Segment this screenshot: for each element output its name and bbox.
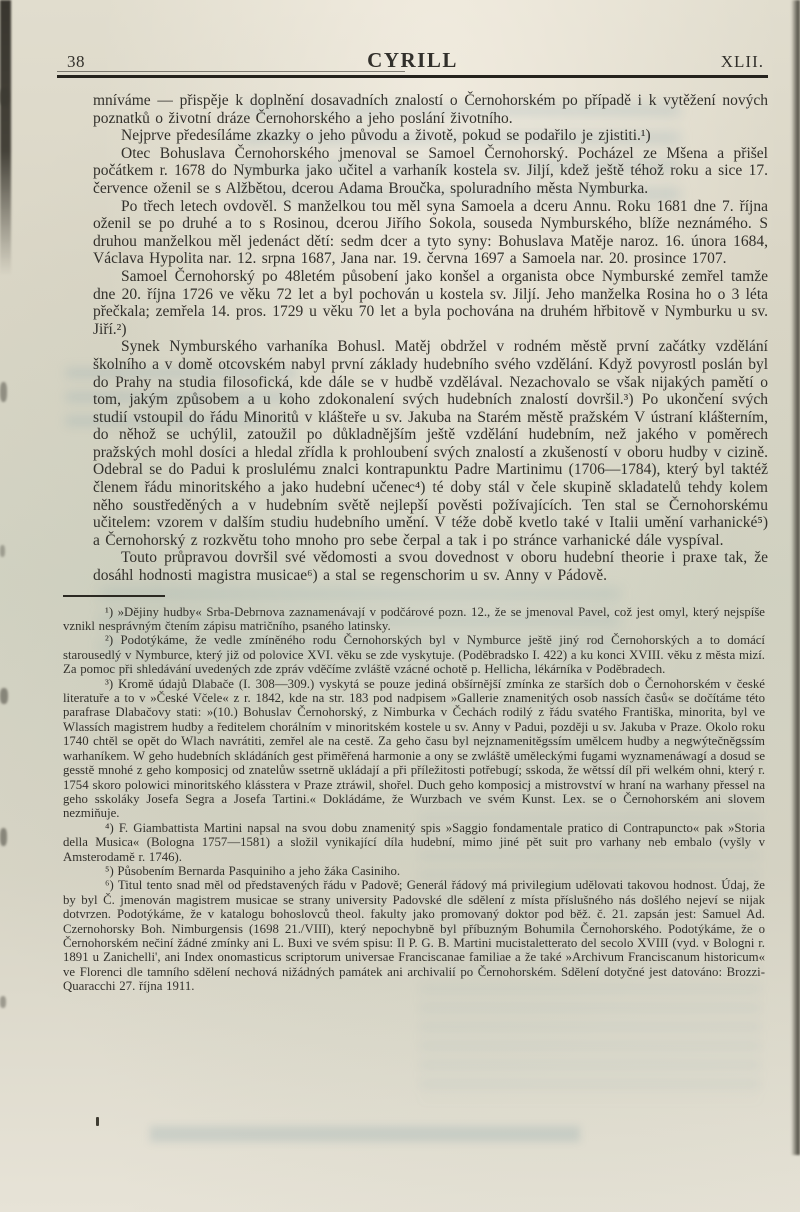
paragraph: Samoel Černohorský po 48letém působení j… [93, 268, 768, 338]
ink-speck [96, 1117, 99, 1126]
scan-edge-left [0, 0, 11, 275]
paragraph: mníváme — přispěje k doplnění dosavadníc… [93, 92, 768, 127]
journal-title: CYRILL [57, 48, 768, 73]
scan-edge-right [791, 0, 800, 1155]
ink-speck [0, 828, 7, 846]
paragraph: Synek Nymburského varhaníka Bohusl. Matě… [93, 338, 768, 549]
running-head: 38 CYRILL XLII. [57, 52, 768, 78]
ink-speck [0, 688, 8, 704]
paragraph: Touto průpravou dovršil své vědomosti a … [93, 549, 768, 584]
ink-speck [0, 382, 7, 402]
footnote: ²) Podotýkáme, že vedle zmíněného rodu Č… [63, 633, 765, 676]
ink-speck [0, 88, 9, 106]
ink-speck [0, 996, 6, 1008]
footnote: ⁴) F. Giambattista Martini napsal na svo… [63, 821, 765, 864]
page-content: 38 CYRILL XLII. mníváme — přispěje k dop… [57, 0, 768, 994]
bleedthrough-artifact [150, 1126, 580, 1142]
paragraph: Otec Bohuslava Černohorského jmenoval se… [93, 145, 768, 198]
footnote: ⁶) Titul tento snad měl od představených… [63, 878, 765, 993]
footnotes: ¹) »Dějiny hudby« Srba-Debrnova zaznamen… [63, 605, 765, 994]
footnote: ⁵) Působením Bernarda Pasquiniho a jeho … [63, 864, 765, 878]
article-body: mníváme — přispěje k doplnění dosavadníc… [93, 92, 768, 585]
footnote-separator [63, 595, 165, 597]
footnote: ³) Kromě údajů Dlabače (I. 308—309.) vys… [63, 677, 765, 821]
paragraph: Nejprve předesíláme zkazky o jeho původu… [93, 127, 768, 145]
ink-speck [0, 545, 5, 557]
paragraph: Po třech letech ovdověl. S manželkou tou… [93, 198, 768, 268]
scanned-page: 38 CYRILL XLII. mníváme — přispěje k dop… [0, 0, 800, 1212]
footnote: ¹) »Dějiny hudby« Srba-Debrnova zaznamen… [63, 605, 765, 634]
